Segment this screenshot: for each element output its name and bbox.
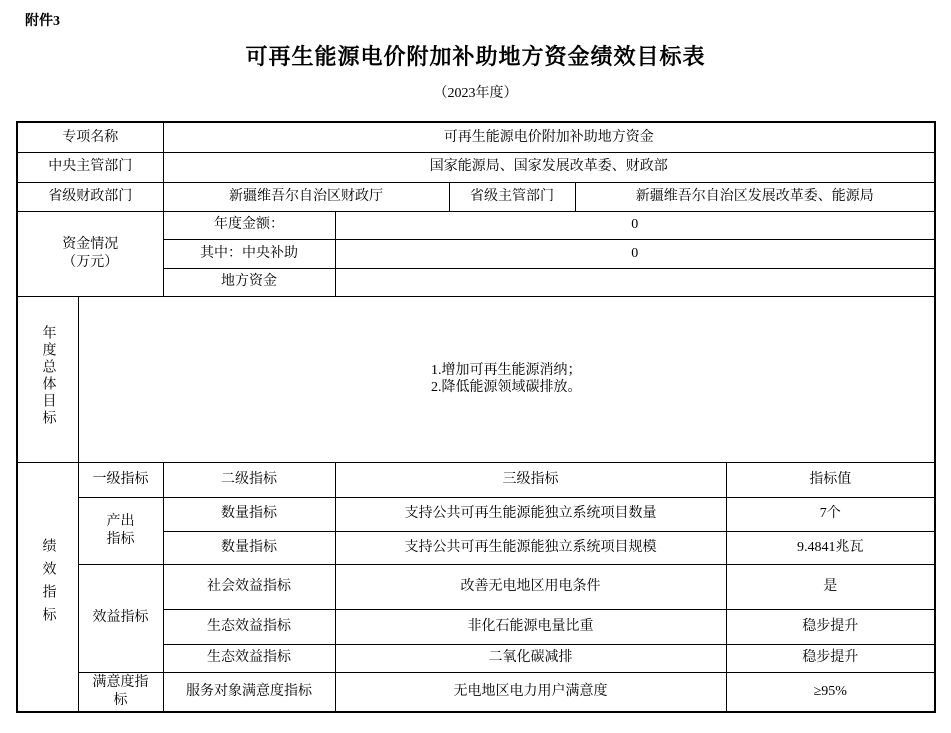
output-group-label-line1: 产出 (79, 513, 163, 531)
provincial-finance-value-cell: 新疆维吾尔自治区财政厅 (163, 182, 449, 211)
satisfaction-group-label-line1: 满意度指 (79, 674, 163, 692)
project-name-value-cell: 可再生能源电价附加补助地方资金 (163, 122, 935, 152)
output-group-label-line2: 指标 (79, 531, 163, 549)
indicator-level2-cell: 社会效益指标 (163, 564, 335, 609)
table-row: 专项名称 可再生能源电价附加补助地方资金 (17, 122, 935, 152)
annual-goal-content-cell: 1.增加可再生能源消纳； 2.降低能源领域碳排放。 (78, 296, 935, 462)
funding-annual-amount-value-cell: 0 (335, 211, 935, 239)
indicator-value-cell: ≥95% (726, 672, 935, 712)
header-level1-cell: 一级指标 (78, 462, 163, 497)
funding-label-cell: 资金情况 （万元） (17, 211, 163, 296)
page-subtitle: （2023年度） (0, 82, 951, 102)
annual-goal-label-cell: 年度总体目标 (17, 296, 78, 462)
indicator-value-cell: 9.4841兆瓦 (726, 531, 935, 564)
provincial-dept-label-cell: 省级主管部门 (449, 182, 575, 211)
indicator-level3-cell: 非化石能源电量比重 (335, 609, 726, 644)
indicator-level2-cell: 生态效益指标 (163, 644, 335, 672)
performance-target-table: 专项名称 可再生能源电价附加补助地方资金 中央主管部门 国家能源局、国家发展改革… (16, 121, 936, 713)
benefit-group-label-cell: 效益指标 (78, 564, 163, 672)
header-value-cell: 指标值 (726, 462, 935, 497)
funding-label-line1: 资金情况 (18, 236, 163, 254)
funding-central-subsidy-label-cell: 其中：中央补助 (163, 239, 335, 268)
funding-central-subsidy-value-cell: 0 (335, 239, 935, 268)
indicator-value-cell: 稳步提升 (726, 644, 935, 672)
table-row: 产出 指标 数量指标 支持公共可再生能源能独立系统项目数量 7个 (17, 497, 935, 531)
table-row: 资金情况 （万元） 年度金额： 0 (17, 211, 935, 239)
indicator-value-cell: 稳步提升 (726, 609, 935, 644)
table-row: 满意度指 标 服务对象满意度指标 无电地区电力用户满意度 ≥95% (17, 672, 935, 712)
indicator-level2-cell: 数量指标 (163, 531, 335, 564)
performance-label: 绩效指标 (39, 538, 57, 630)
indicator-level2-cell: 服务对象满意度指标 (163, 672, 335, 712)
project-name-label-cell: 专项名称 (17, 122, 163, 152)
indicator-level2-cell: 数量指标 (163, 497, 335, 531)
indicator-level3-cell: 支持公共可再生能源能独立系统项目规模 (335, 531, 726, 564)
indicator-level3-cell: 改善无电地区用电条件 (335, 564, 726, 609)
funding-label-line2: （万元） (18, 254, 163, 272)
satisfaction-group-label-cell: 满意度指 标 (78, 672, 163, 712)
annual-goal-line1: 1.增加可再生能源消纳； (79, 362, 935, 380)
header-level3-cell: 三级指标 (335, 462, 726, 497)
central-dept-value-cell: 国家能源局、国家发展改革委、财政部 (163, 152, 935, 182)
annual-goal-label: 年度总体目标 (39, 325, 57, 427)
indicator-value-cell: 是 (726, 564, 935, 609)
attachment-label: 附件3 (25, 10, 60, 30)
table-row: 年度总体目标 1.增加可再生能源消纳； 2.降低能源领域碳排放。 (17, 296, 935, 462)
central-dept-label-cell: 中央主管部门 (17, 152, 163, 182)
indicator-level3-cell: 二氧化碳减排 (335, 644, 726, 672)
satisfaction-group-label-line2: 标 (79, 692, 163, 710)
table-row: 效益指标 社会效益指标 改善无电地区用电条件 是 (17, 564, 935, 609)
table-row: 绩效指标 一级指标 二级指标 三级指标 指标值 (17, 462, 935, 497)
indicator-level3-cell: 无电地区电力用户满意度 (335, 672, 726, 712)
page-title: 可再生能源电价附加补助地方资金绩效目标表 (0, 40, 951, 71)
funding-local-fund-value-cell (335, 268, 935, 296)
performance-label-cell: 绩效指标 (17, 462, 78, 712)
output-group-label-cell: 产出 指标 (78, 497, 163, 564)
header-level2-cell: 二级指标 (163, 462, 335, 497)
funding-annual-amount-label-cell: 年度金额： (163, 211, 335, 239)
funding-local-fund-label-cell: 地方资金 (163, 268, 335, 296)
provincial-dept-value-cell: 新疆维吾尔自治区发展改革委、能源局 (575, 182, 935, 211)
indicator-level3-cell: 支持公共可再生能源能独立系统项目数量 (335, 497, 726, 531)
table-row: 中央主管部门 国家能源局、国家发展改革委、财政部 (17, 152, 935, 182)
table-row: 省级财政部门 新疆维吾尔自治区财政厅 省级主管部门 新疆维吾尔自治区发展改革委、… (17, 182, 935, 211)
indicator-level2-cell: 生态效益指标 (163, 609, 335, 644)
provincial-finance-label-cell: 省级财政部门 (17, 182, 163, 211)
annual-goal-line2: 2.降低能源领域碳排放。 (79, 379, 935, 397)
indicator-value-cell: 7个 (726, 497, 935, 531)
